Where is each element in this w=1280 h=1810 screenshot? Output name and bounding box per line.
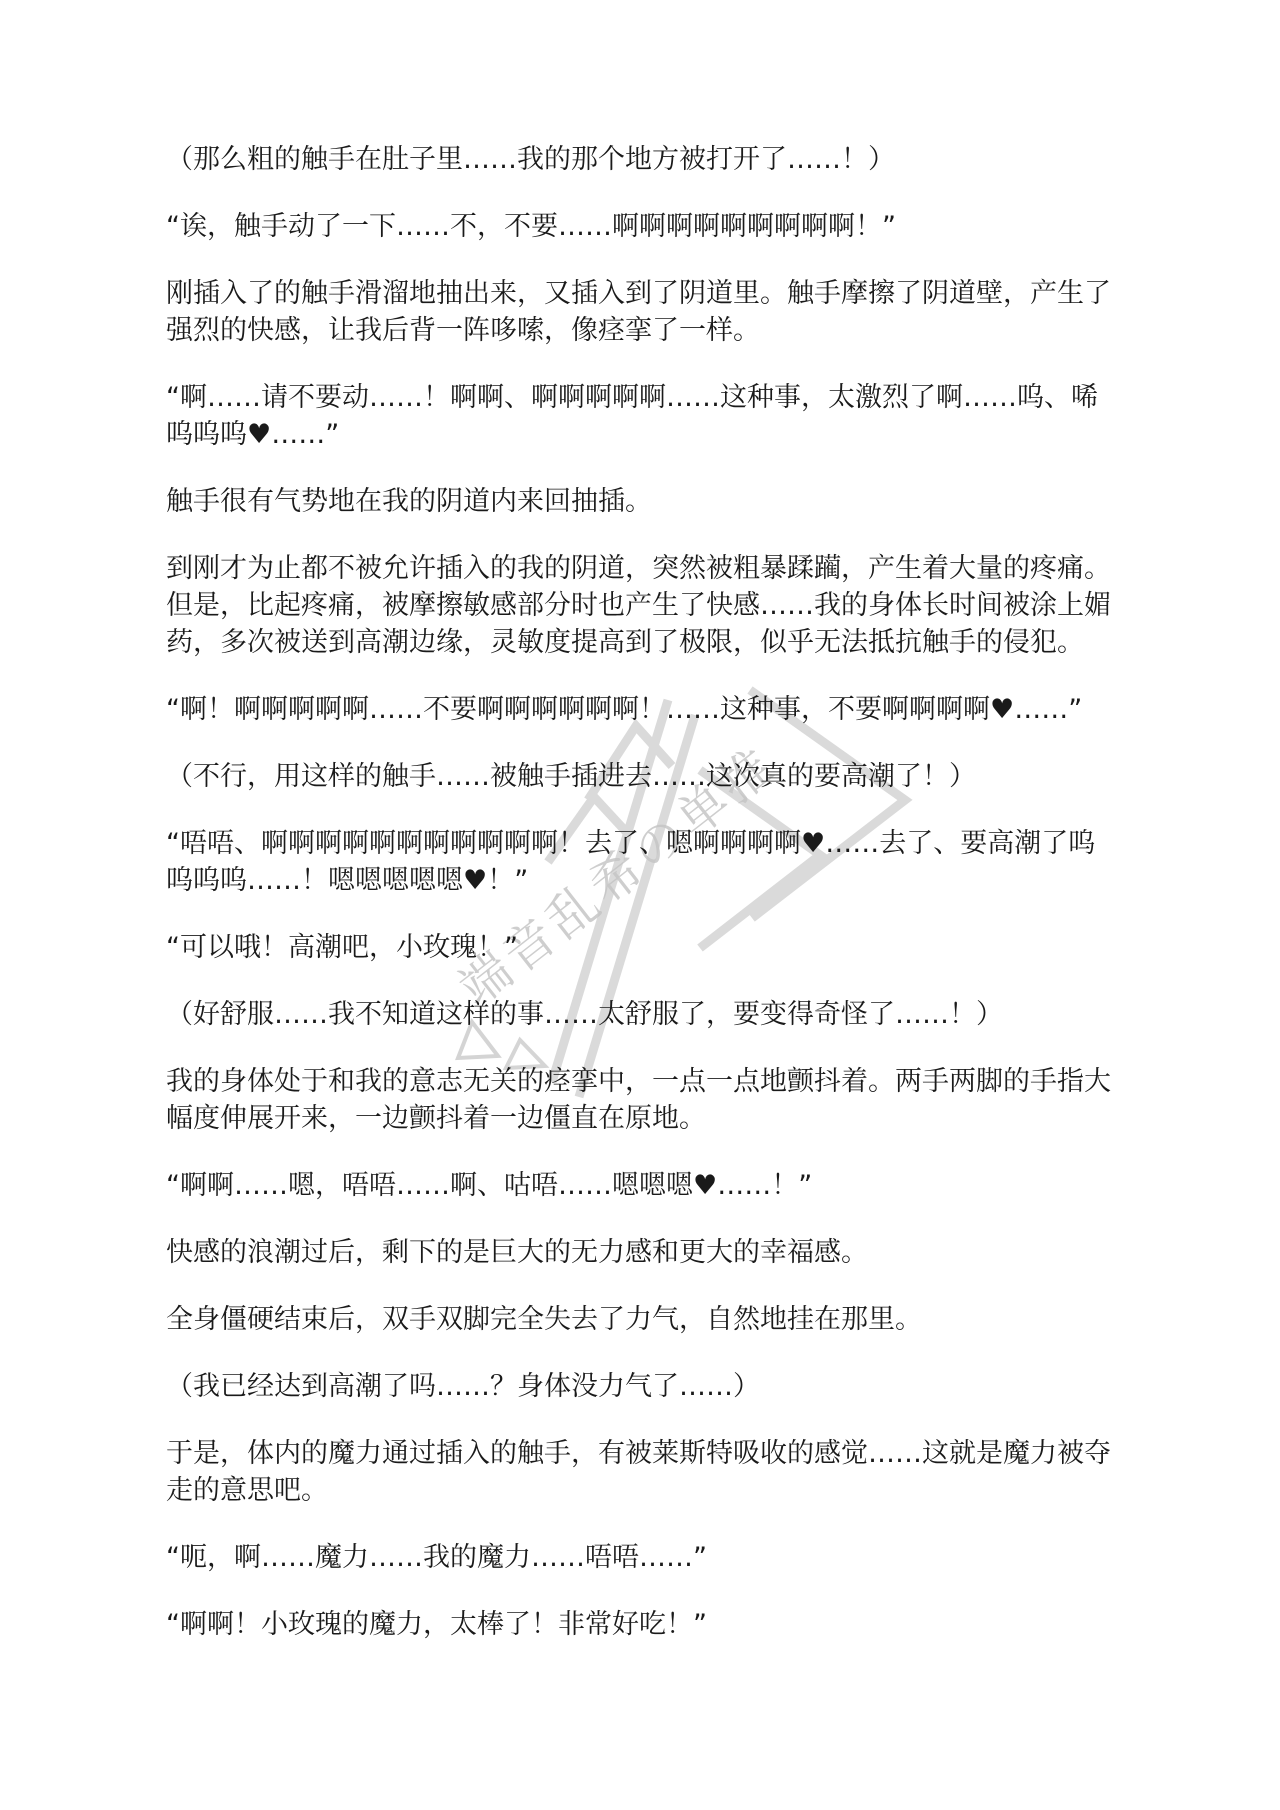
paragraph: “诶，触手动了一下……不，不要……啊啊啊啊啊啊啊啊啊！”	[166, 208, 1118, 245]
paragraph: “啊啊！小玫瑰的魔力，太棒了！非常好吃！”	[166, 1606, 1118, 1643]
paragraph: “可以哦！高潮吧，小玫瑰！”	[166, 929, 1118, 966]
document-page: 端音乱希の单推 （那么粗的触手在肚子里……我的那个地方被打开了……！）“诶，触手…	[0, 0, 1280, 1810]
paragraph: 到刚才为止都不被允许插入的我的阴道，突然被粗暴蹂躏，产生着大量的疼痛。但是，比起…	[166, 550, 1118, 661]
paragraph: “啊！啊啊啊啊啊……不要啊啊啊啊啊啊！……这种事，不要啊啊啊啊♥……”	[166, 691, 1118, 728]
paragraph: “呃，啊……魔力……我的魔力……唔唔……”	[166, 1539, 1118, 1576]
paragraph: 全身僵硬结束后，双手双脚完全失去了力气，自然地挂在那里。	[166, 1301, 1118, 1338]
paragraph: （不行，用这样的触手……被触手插进去……这次真的要高潮了！）	[166, 758, 1118, 795]
paragraph: “啊啊……嗯，唔唔……啊、咕唔……嗯嗯嗯♥……！”	[166, 1167, 1118, 1204]
paragraph: 触手很有气势地在我的阴道内来回抽插。	[166, 483, 1118, 520]
paragraph: “唔唔、啊啊啊啊啊啊啊啊啊啊啊！去了、嗯啊啊啊啊♥……去了、要高潮了呜呜呜呜………	[166, 825, 1118, 899]
document-content: （那么粗的触手在肚子里……我的那个地方被打开了……！）“诶，触手动了一下……不，…	[166, 141, 1118, 1673]
paragraph: 刚插入了的触手滑溜地抽出来，又插入到了阴道里。触手摩擦了阴道壁，产生了强烈的快感…	[166, 275, 1118, 349]
paragraph: （我已经达到高潮了吗……？身体没力气了……）	[166, 1368, 1118, 1405]
paragraph: （那么粗的触手在肚子里……我的那个地方被打开了……！）	[166, 141, 1118, 178]
paragraph: 于是，体内的魔力通过插入的触手，有被莱斯特吸收的感觉……这就是魔力被夺走的意思吧…	[166, 1435, 1118, 1509]
paragraph: “啊……请不要动……！啊啊、啊啊啊啊啊……这种事，太激烈了啊……呜、唏呜呜呜♥……	[166, 379, 1118, 453]
paragraph: 快感的浪潮过后，剩下的是巨大的无力感和更大的幸福感。	[166, 1234, 1118, 1271]
paragraph: 我的身体处于和我的意志无关的痉挛中，一点一点地颤抖着。两手两脚的手指大幅度伸展开…	[166, 1063, 1118, 1137]
paragraph: （好舒服……我不知道这样的事……太舒服了，要变得奇怪了……！）	[166, 996, 1118, 1033]
